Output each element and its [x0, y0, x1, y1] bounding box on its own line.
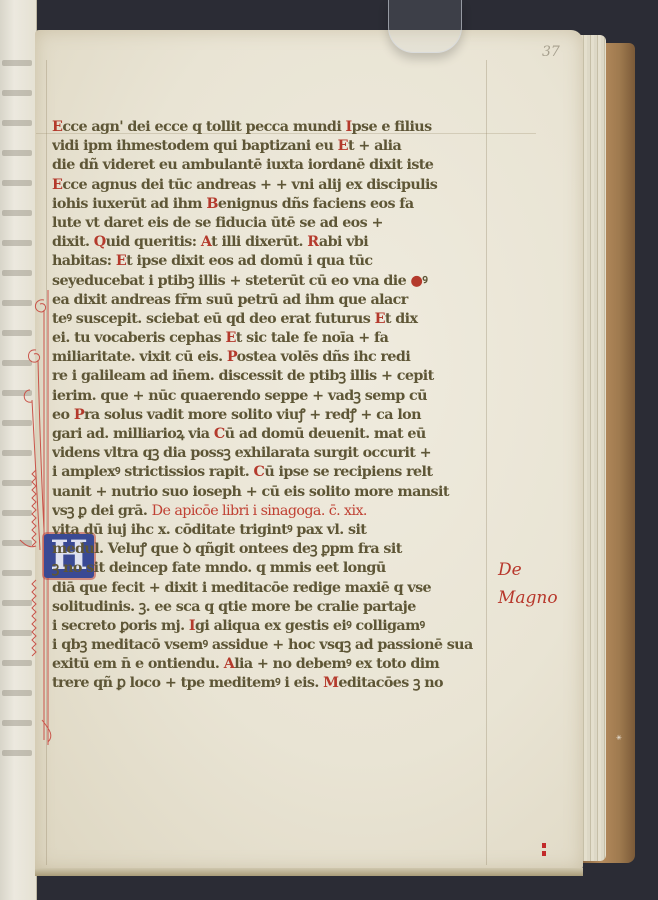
text-line: iohis iuxerūt ad ihm Benignus dñs facien… [52, 195, 498, 214]
text-line: ei. tu vocaberis cephas Et sic tale fe n… [52, 329, 498, 348]
marginal-note-line: De [498, 556, 558, 584]
text-line: ierim. que + nūc quaerendo seppe + vadꝫ … [52, 387, 498, 406]
text-line: re i galileam ad in̄em. discessit de pti… [52, 367, 498, 386]
text-line: solitudinis. ꝫ. ee sca q qtie more be cr… [52, 598, 498, 617]
text-line: gari ad. milliarioꝝ via Cū ad domū deuen… [52, 425, 498, 444]
text-line: miliaritate. vixit cū eis. Postea volēs … [52, 348, 498, 367]
text-line: dixit. Quid queritis: At illi dixerūt. R… [52, 233, 498, 252]
text-line: vsꝫ ꝑ dei grā. De apicōe libri i sinagog… [52, 502, 498, 521]
text-line: vita dū iuj ihc x. cōditate trigintꝰ pax… [52, 521, 498, 540]
text-line: Ecce agnus dei tūc andreas + + vni alij … [52, 176, 498, 195]
text-line: habitas: Et ipse dixit eos ad domū i qua… [52, 252, 498, 271]
text-line: uanit + nutrio suo ioseph + cū eis solit… [52, 483, 498, 502]
pen-flourish-decoration [14, 290, 54, 750]
binding-speck: ✳ [616, 734, 622, 742]
text-line: i qbꝫ meditacō vsemꝰ assidue + hoc vsqꝫ … [52, 636, 498, 655]
text-line: exitū em n̄ e ontiendu. Alia + no debemꝰ… [52, 655, 498, 674]
text-line: diā que fecit + dixit i meditacōe redige… [52, 579, 498, 598]
text-line: ꝫ no sit deincep fate mndo. q mmis eet l… [52, 559, 498, 578]
main-text-block: Ecce agn' dei ecce q tollit pecca mundi … [52, 118, 498, 694]
catchword-marks [542, 843, 546, 857]
chapter-rubric: De apicōe libri i sinagoga. c̄. xix. [152, 503, 367, 519]
text-line: i secreto ꝑoris mj. Igi aliqua ex gestis… [52, 617, 498, 636]
text-line: eo Pra solus vadit more solito viuꝭ + re… [52, 406, 498, 425]
text-line: i amplexꝰ strictissios rapit. Cū ipse se… [52, 463, 498, 482]
folio-number: 37 [542, 44, 560, 60]
page-bottom-edge [35, 868, 583, 876]
text-line: die dñ videret eu ambulantē iuxta iordan… [52, 156, 498, 175]
text-line: seyeducebat i ptibꝫ illis + steterūt cū … [52, 272, 498, 291]
text-line: ea dixit andreas fr̄m suū petrū ad ihm q… [52, 291, 498, 310]
text-line: Ecce agn' dei ecce q tollit pecca mundi … [52, 118, 498, 137]
text-line: lute vt daret eis de se fiducia ūtē se a… [52, 214, 498, 233]
text-line: videns vltra qꝫ dia possꝫ exhilarata sur… [52, 444, 498, 463]
text-line: teꝰ suscepit. sciebat eū qd deo erat fut… [52, 310, 498, 329]
text-line: vidi ipm ihmestodem qui baptizani eu Et … [52, 137, 498, 156]
text-line: medul. Veluꝭ que ꝺ qñgit ontees deꝫ ꝑpm … [52, 540, 498, 559]
glass-weight [388, 0, 462, 53]
marginal-note: De Magno [498, 556, 558, 612]
marginal-note-line: Magno [498, 584, 558, 612]
text-line: trere qñ ꝑ loco + tpe meditemꝰ i eis. Me… [52, 674, 498, 693]
